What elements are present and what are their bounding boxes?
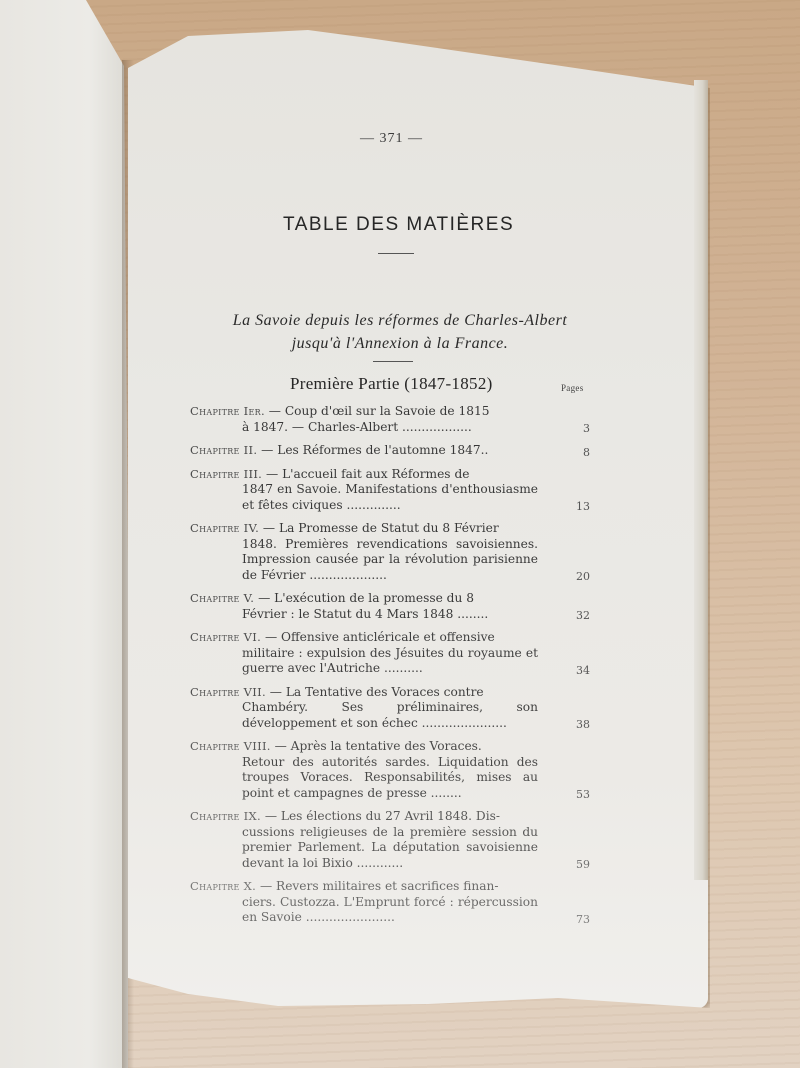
toc-entry-9: Chapitre IX. — Les élections du 27 Avril… [190,809,590,871]
chapter-title: — Coup d'œil sur la Savoie de 1815 [269,404,490,418]
page-ref: 53 [550,788,590,801]
chapter-title-cont: cussions religieuses de la première sess… [190,825,538,872]
chapter-title: — Après la tentative des Voraces. [275,739,482,753]
page-ref: 32 [550,609,590,622]
page-number: — 371 — [360,131,423,147]
toc-entry-5: Chapitre V. — L'exécution de la promesse… [190,591,590,622]
chapter-label: Chapitre VIII. [190,739,271,753]
chapter-title: — Offensive anticléricale et offensive [265,630,495,644]
toc-entry-1: Chapitre Ier. — Coup d'œil sur la Savoie… [190,404,590,435]
chapter-label: Chapitre X. [190,879,256,893]
chapter-title-cont: 1848. Premières revendications savoisien… [190,537,538,584]
chapter-label: Chapitre V. [190,591,254,605]
chapter-label: Chapitre IV. [190,521,259,535]
chapter-label: Chapitre IX. [190,809,261,823]
pages-column-label: Pages [561,383,584,393]
chapter-title-cont: Février : le Statut du 4 Mars 1848 .....… [190,607,538,623]
chapter-label: Chapitre II. [190,443,257,457]
subtitle-line-1: La Savoie depuis les réformes de Charles… [200,309,600,332]
toc-entry-8: Chapitre VIII. — Après la tentative des … [190,739,590,801]
chapter-title-cont: ciers. Custozza. L'Emprunt forcé : réper… [190,895,538,926]
page-ref: 13 [550,500,590,513]
toc-entry-3: Chapitre III. — L'accueil fait aux Réfor… [190,467,590,514]
chapter-title: — L'exécution de la promesse du 8 [258,591,474,605]
toc-entry-6: Chapitre VI. — Offensive anticléricale e… [190,630,590,677]
page-content: — 371 — TABLE DES MATIÈRES La Savoie dep… [0,0,800,1068]
book-subtitle: La Savoie depuis les réformes de Charles… [200,309,600,355]
page-ref: 34 [550,664,590,677]
chapter-title-cont: 1847 en Savoie. Manifestations d'enthous… [190,482,538,513]
title-divider [378,253,414,254]
page-ref: 20 [550,570,590,583]
chapter-title: — Les Réformes de l'automne 1847.. [261,443,488,457]
toc-entry-4: Chapitre IV. — La Promesse de Statut du … [190,521,590,583]
chapter-label: Chapitre III. [190,467,262,481]
chapter-title-cont: Retour des autorités sardes. Liquidation… [190,755,538,802]
toc-list: Chapitre Ier. — Coup d'œil sur la Savoie… [190,404,590,934]
chapter-title: — Les élections du 27 Avril 1848. Dis- [265,809,500,823]
chapter-label: Chapitre Ier. [190,404,265,418]
toc-entry-2: Chapitre II. — Les Réformes de l'automne… [190,443,590,459]
chapter-title: — La Promesse de Statut du 8 Février [263,521,499,535]
chapter-label: Chapitre VII. [190,685,266,699]
page-ref: 8 [550,446,590,459]
chapter-title: — Revers militaires et sacrifices finan- [260,879,499,893]
page-ref: 38 [550,718,590,731]
chapter-title-cont: Chambéry. Ses préliminaires, son dévelop… [190,700,538,731]
chapter-title-cont: à 1847. — Charles-Albert ...............… [190,420,538,436]
page-title: TABLE DES MATIÈRES [283,214,514,236]
toc-entry-7: Chapitre VII. — La Tentative des Voraces… [190,685,590,732]
page-ref: 73 [550,913,590,926]
page-ref: 59 [550,858,590,871]
subtitle-line-2: jusqu'à l'Annexion à la France. [200,332,600,355]
chapter-title: — L'accueil fait aux Réformes de [266,467,469,481]
chapter-title: — La Tentative des Voraces contre [270,685,484,699]
subtitle-divider [373,361,413,362]
toc-entry-10: Chapitre X. — Revers militaires et sacri… [190,879,590,926]
part-heading: Première Partie (1847-1852) [290,374,493,394]
page-ref: 3 [550,422,590,435]
chapter-title-cont: militaire : expulsion des Jésuites du ro… [190,646,538,677]
chapter-label: Chapitre VI. [190,630,261,644]
